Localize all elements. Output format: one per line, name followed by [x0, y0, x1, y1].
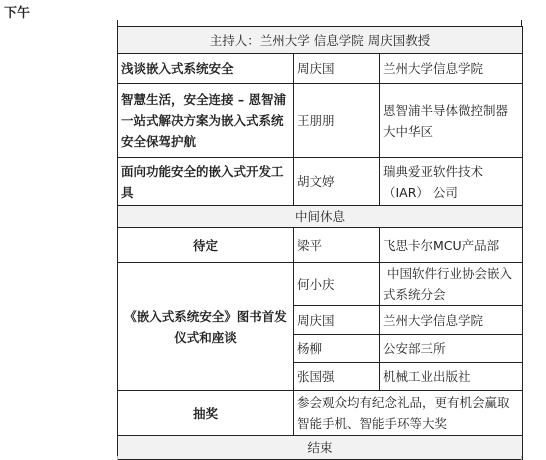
topic-cell: 待定: [118, 228, 294, 263]
topic-cell: 浅谈嵌入式系统安全: [118, 54, 294, 84]
table-row: 面向功能安全的嵌入式开发工具 胡文婷 瑞典爱亚软件技术（IAR） 公司: [118, 158, 523, 206]
speaker-cell: 王朋朋: [294, 84, 380, 158]
lottery-desc-cell: 参会观众均有纪念礼品，更有机会赢取智能手机、智能手环等大奖: [294, 391, 523, 436]
org-cell: 兰州大学信息学院: [380, 306, 523, 335]
org-cell: 飞思卡尔MCU产品部: [380, 228, 523, 263]
org-cell: 公安部三所: [380, 335, 523, 363]
speaker-cell: 杨柳: [294, 335, 380, 363]
break-cell: 中间休息: [118, 206, 523, 228]
speaker-cell: 周庆国: [294, 306, 380, 335]
book-launch-topic-cell: 《嵌入式系统安全》图书首发仪式和座谈: [118, 263, 294, 391]
org-cell: 兰州大学信息学院: [380, 54, 523, 84]
org-cell: 恩智浦半导体微控制器大中华区: [380, 84, 523, 158]
lottery-topic-cell: 抽奖: [118, 391, 294, 436]
speaker-cell: 胡文婷: [294, 158, 380, 206]
table-row: 浅谈嵌入式系统安全 周庆国 兰州大学信息学院: [118, 54, 523, 84]
table-row: 智慧生活，安全连接 – 恩智浦一站式解决方案为嵌入式系统安全保驾护航 王朋朋 恩…: [118, 84, 523, 158]
org-cell: 中国软件行业协会嵌入式系统分会: [380, 263, 523, 306]
speaker-cell: 梁平: [294, 228, 380, 263]
schedule-table: 主持人：兰州大学 信息学院 周庆国教授 浅谈嵌入式系统安全 周庆国 兰州大学信息…: [117, 26, 523, 460]
table-row: 抽奖 参会观众均有纪念礼品，更有机会赢取智能手机、智能手环等大奖: [118, 391, 523, 436]
table-row: 《嵌入式系统安全》图书首发仪式和座谈 何小庆 中国软件行业协会嵌入式系统分会: [118, 263, 523, 306]
section-title: 下午: [4, 2, 30, 21]
host-cell: 主持人：兰州大学 信息学院 周庆国教授: [118, 27, 523, 54]
break-row: 中间休息: [118, 206, 523, 228]
table-row: 待定 梁平 飞思卡尔MCU产品部: [118, 228, 523, 263]
speaker-cell: 张国强: [294, 363, 380, 391]
speaker-cell: 周庆国: [294, 54, 380, 84]
topic-cell: 面向功能安全的嵌入式开发工具: [118, 158, 294, 206]
org-cell: 瑞典爱亚软件技术（IAR） 公司: [380, 158, 523, 206]
speaker-cell: 何小庆: [294, 263, 380, 306]
org-cell: 机械工业出版社: [380, 363, 523, 391]
host-row: 主持人：兰州大学 信息学院 周庆国教授: [118, 27, 523, 54]
topic-cell: 智慧生活，安全连接 – 恩智浦一站式解决方案为嵌入式系统安全保驾护航: [118, 84, 294, 158]
table-bottom-edge: [117, 456, 522, 460]
